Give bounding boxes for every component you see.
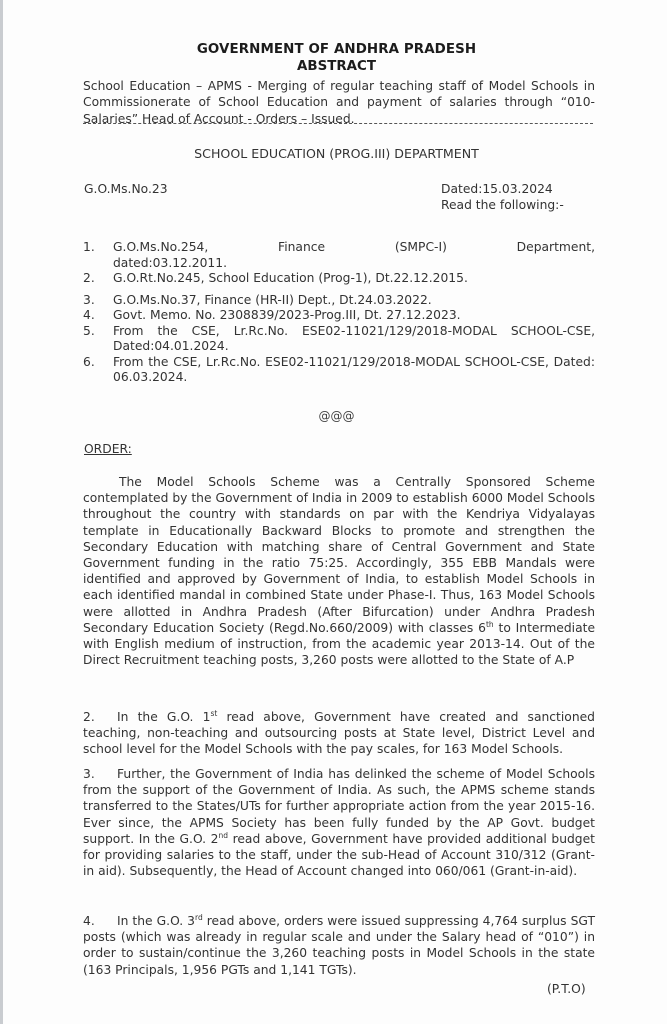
reference-text: G.O.Ms.No.37, Finance (HR-II) Dept., Dt.… bbox=[113, 293, 595, 309]
go-number: G.O.Ms.No.23 bbox=[84, 182, 168, 196]
reference-item: 5. From the CSE, Lr.Rc.No. ESE02-11021/1… bbox=[83, 324, 595, 355]
reference-text: G.O.Ms.No.254, Finance (SMPC-I) Departme… bbox=[113, 240, 595, 256]
paragraph-text: In the G.O. 1 bbox=[117, 710, 210, 724]
reference-item: 6. From the CSE, Lr.Rc.No. ESE02-11021/1… bbox=[83, 355, 595, 386]
please-turn-over: (P.T.O) bbox=[547, 982, 586, 996]
subject-text: School Education – APMS - Merging of reg… bbox=[83, 78, 595, 127]
reference-number: 4. bbox=[83, 308, 95, 324]
section-separator: @@@ bbox=[3, 409, 667, 423]
order-heading: ORDER: bbox=[84, 442, 132, 456]
government-title: GOVERNMENT OF ANDHRA PRADESH bbox=[3, 42, 667, 57]
reference-text: G.O.Rt.No.245, School Education (Prog-1)… bbox=[113, 271, 595, 287]
reference-item: 4. Govt. Memo. No. 2308839/2023-Prog.III… bbox=[83, 308, 595, 324]
paragraph-number: 3. bbox=[83, 766, 117, 782]
read-following-label: Read the following:- bbox=[441, 198, 564, 212]
order-paragraph-1: The Model Schools Scheme was a Centrally… bbox=[83, 474, 595, 668]
reference-text: From the CSE, Lr.Rc.No. ESE02-11021/129/… bbox=[113, 324, 595, 355]
abstract-title: ABSTRACT bbox=[3, 59, 667, 74]
ordinal-suffix: th bbox=[486, 620, 494, 629]
ordinal-suffix: rd bbox=[195, 913, 203, 922]
reference-item: 1. G.O.Ms.No.254, Finance (SMPC-I) Depar… bbox=[83, 240, 595, 271]
paragraph-number: 4. bbox=[83, 913, 117, 929]
reference-list: 1. G.O.Ms.No.254, Finance (SMPC-I) Depar… bbox=[83, 240, 595, 386]
reference-text-cont: dated:03.12.2011. bbox=[113, 256, 595, 272]
reference-number: 1. bbox=[83, 240, 95, 256]
ordinal-suffix: nd bbox=[218, 831, 228, 840]
reference-number: 5. bbox=[83, 324, 95, 340]
order-paragraph-3: 3.Further, the Government of India has d… bbox=[83, 766, 595, 879]
paragraph-text: The Model Schools Scheme was a Centrally… bbox=[83, 475, 595, 635]
order-paragraph-2: 2.In the G.O. 1st read above, Government… bbox=[83, 709, 595, 758]
reference-item: 3. G.O.Ms.No.37, Finance (HR-II) Dept., … bbox=[83, 293, 595, 309]
reference-item: 2. G.O.Rt.No.245, School Education (Prog… bbox=[83, 271, 595, 287]
reference-text: Govt. Memo. No. 2308839/2023-Prog.III, D… bbox=[113, 308, 595, 324]
reference-number: 6. bbox=[83, 355, 95, 371]
reference-number: 2. bbox=[83, 271, 95, 287]
paragraph-text: In the G.O. 3 bbox=[117, 914, 195, 928]
department-title: SCHOOL EDUCATION (PROG.III) DEPARTMENT bbox=[3, 146, 667, 161]
order-paragraph-4: 4.In the G.O. 3rd read above, orders wer… bbox=[83, 913, 595, 978]
dashed-divider bbox=[83, 123, 593, 124]
reference-text: From the CSE, Lr.Rc.No. ESE02-11021/129/… bbox=[113, 355, 595, 386]
paragraph-number: 2. bbox=[83, 709, 117, 725]
reference-number: 3. bbox=[83, 293, 95, 309]
document-page: GOVERNMENT OF ANDHRA PRADESH ABSTRACT Sc… bbox=[0, 0, 667, 1024]
go-date: Dated:15.03.2024 bbox=[441, 182, 553, 196]
